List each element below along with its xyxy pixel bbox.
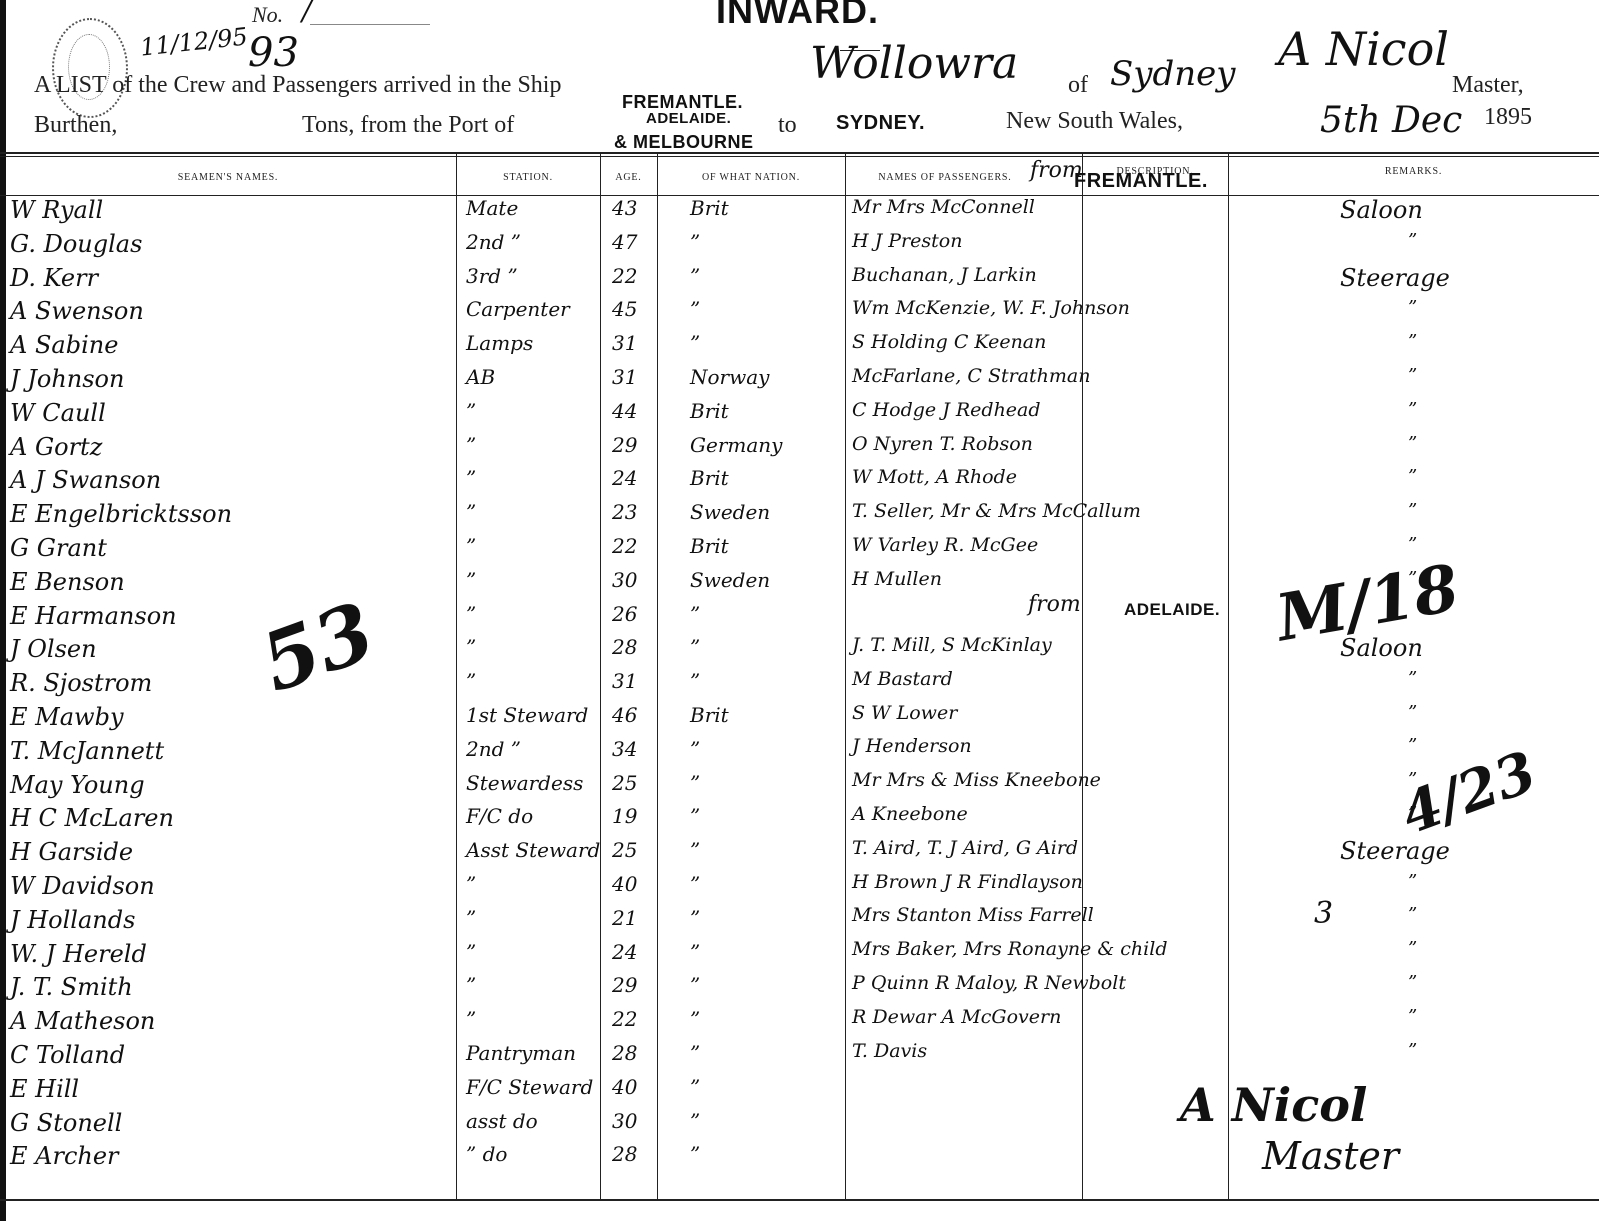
- passenger-names: P Quinn R Maloy, R Newbolt: [852, 972, 1126, 994]
- arrival-date-day: 5th Dec: [1320, 100, 1462, 141]
- passenger-remark: ”: [1408, 534, 1417, 555]
- master-label: Master,: [1452, 72, 1524, 99]
- passenger-row: Mr Mrs McConnellSaloon: [0, 196, 1599, 229]
- column-header-passengers: NAMES OF PASSENGERS.: [845, 172, 1045, 183]
- crew-station: asst do: [466, 1109, 538, 1133]
- folio-mark: 93: [248, 30, 299, 76]
- passenger-row: W Mott, A Rhode”: [0, 466, 1599, 499]
- passenger-names: Mrs Baker, Mrs Ronayne & child: [852, 938, 1168, 960]
- to-label: to: [778, 112, 797, 139]
- column-header-nation: OF WHAT NATION.: [657, 172, 845, 183]
- passenger-names: T. Seller, Mr & Mrs McCallum: [852, 500, 1141, 522]
- note-mark-3: 3: [1314, 896, 1333, 931]
- passenger-row: Wm McKenzie, W. F. Johnson”: [0, 297, 1599, 330]
- passenger-remark: ”: [1408, 1006, 1417, 1027]
- master-signature-title: Master: [1262, 1134, 1399, 1178]
- passenger-names: Mr Mrs McConnell: [852, 196, 1035, 218]
- burthen-label: Burthen,: [34, 112, 117, 139]
- passenger-remark: ”: [1408, 466, 1417, 487]
- ship-name: Wollowra: [810, 38, 1018, 89]
- of-label: of: [1068, 72, 1088, 99]
- passenger-names: McFarlane, C Strathman: [852, 365, 1090, 387]
- column-header-station: STATION.: [456, 172, 600, 183]
- passenger-row: R Dewar A McGovern”: [0, 1006, 1599, 1039]
- tons-from-port-label: Tons, from the Port of: [302, 112, 514, 139]
- crew-station: F/C Steward: [466, 1075, 593, 1099]
- column-header-remarks: REMARKS.: [1228, 166, 1599, 177]
- passenger-remark: Saloon: [1340, 196, 1423, 224]
- master-signature: A Nicol: [1180, 1078, 1367, 1132]
- crew-station: ”: [466, 602, 476, 626]
- section-port-fremantle: FREMANTLE.: [1074, 170, 1208, 193]
- colony-label: New South Wales,: [1006, 108, 1183, 135]
- table-top-rule: [0, 152, 1599, 154]
- crew-nation: ”: [690, 1109, 700, 1133]
- list-heading-text: A LIST of the Crew and Passengers arrive…: [34, 72, 561, 99]
- passenger-row: T. Aird, T. J Aird, G AirdSteerage: [0, 837, 1599, 870]
- passenger-names: A Kneebone: [852, 803, 968, 825]
- crew-nation: ”: [690, 602, 700, 626]
- crew-nation: ”: [690, 1142, 700, 1166]
- passenger-row: Mrs Baker, Mrs Ronayne & child”: [0, 938, 1599, 971]
- passenger-names: H J Preston: [852, 230, 962, 252]
- passenger-names: Mrs Stanton Miss Farrell: [852, 904, 1094, 926]
- column-header-seamen-names: SEAMEN'S NAMES.: [0, 172, 456, 183]
- passenger-names: W Varley R. McGee: [852, 534, 1038, 556]
- crew-name: E Archer: [10, 1142, 119, 1170]
- passenger-remark: Steerage: [1340, 837, 1450, 865]
- passenger-row: H J Preston”: [0, 230, 1599, 263]
- port-to: SYDNEY.: [836, 112, 925, 135]
- passenger-names: O Nyren T. Robson: [852, 433, 1033, 455]
- passenger-remark: ”: [1408, 331, 1417, 352]
- passenger-row: S Holding C Keenan”: [0, 331, 1599, 364]
- passenger-names: H Brown J R Findlayson: [852, 871, 1083, 893]
- crew-name: E Hill: [10, 1075, 79, 1103]
- passenger-names: S W Lower: [852, 702, 957, 724]
- passenger-row: O Nyren T. Robson”: [0, 433, 1599, 466]
- passenger-names: Wm McKenzie, W. F. Johnson: [852, 297, 1130, 319]
- passenger-remark: ”: [1408, 230, 1417, 251]
- arrival-year: 1895: [1484, 104, 1532, 131]
- passenger-names: Mr Mrs & Miss Kneebone: [852, 769, 1101, 791]
- passenger-remark: ”: [1408, 668, 1417, 689]
- table-top-rule-2: [0, 156, 1599, 157]
- port-from-melbourne: & MELBOURNE: [614, 132, 754, 153]
- crew-nation: ”: [690, 1075, 700, 1099]
- passenger-row: S W Lower”: [0, 702, 1599, 735]
- passenger-row: P Quinn R Maloy, R Newbolt”: [0, 972, 1599, 1005]
- passenger-row: H Brown J R Findlayson”: [0, 871, 1599, 904]
- passenger-remark: ”: [1408, 1040, 1417, 1061]
- number-underline: [310, 24, 430, 25]
- passenger-row: T. Davis”: [0, 1040, 1599, 1073]
- passenger-remark: ”: [1408, 433, 1417, 454]
- passenger-row: Mr Mrs & Miss Kneebone”: [0, 769, 1599, 802]
- passenger-remark: ”: [1408, 972, 1417, 993]
- column-header-age: AGE.: [600, 172, 657, 183]
- passenger-remark: ”: [1408, 399, 1417, 420]
- number-label: No.: [252, 2, 283, 28]
- passenger-remark: ”: [1408, 735, 1417, 756]
- crew-age: 26: [612, 602, 637, 626]
- passenger-remark: ”: [1408, 702, 1417, 723]
- passenger-names: Buchanan, J Larkin: [852, 264, 1037, 286]
- passenger-row: A Kneebone”: [0, 803, 1599, 836]
- passenger-row: T. Seller, Mr & Mrs McCallum”: [0, 500, 1599, 533]
- passenger-row: McFarlane, C Strathman”: [0, 365, 1599, 398]
- passenger-names: S Holding C Keenan: [852, 331, 1046, 353]
- passenger-names: H Mullen: [852, 568, 942, 590]
- crew-station: ” do: [466, 1142, 507, 1166]
- passenger-names: M Bastard: [852, 668, 953, 690]
- passenger-row: J Henderson”: [0, 735, 1599, 768]
- passenger-row: Mrs Stanton Miss Farrell”: [0, 904, 1599, 937]
- passenger-remark: ”: [1408, 938, 1417, 959]
- crew-age: 28: [612, 1142, 637, 1166]
- port-from-adelaide: ADELAIDE.: [646, 110, 731, 127]
- crew-name: G Stonell: [10, 1109, 122, 1137]
- passenger-remark: ”: [1408, 297, 1417, 318]
- passenger-row: Buchanan, J LarkinSteerage: [0, 264, 1599, 297]
- passenger-row: C Hodge J Redhead”: [0, 399, 1599, 432]
- table-bottom-rule: [0, 1199, 1599, 1201]
- passenger-names: C Hodge J Redhead: [852, 399, 1041, 421]
- customs-seal-stamp: [52, 18, 128, 118]
- passenger-names: J. T. Mill, S McKinlay: [852, 634, 1052, 656]
- crew-name: E Harmanson: [10, 602, 177, 630]
- passenger-remark: ”: [1408, 500, 1417, 521]
- passenger-row: M Bastard”: [0, 668, 1599, 701]
- master-name: A Nicol: [1278, 22, 1449, 76]
- crew-age: 40: [612, 1075, 637, 1099]
- passenger-remark: ”: [1408, 365, 1417, 386]
- received-date-note: 11/12/95: [139, 22, 249, 61]
- passenger-names: R Dewar A McGovern: [852, 1006, 1061, 1028]
- passenger-names: J Henderson: [852, 735, 972, 757]
- passenger-row: W Varley R. McGee”: [0, 534, 1599, 567]
- passenger-remark: Steerage: [1340, 264, 1450, 292]
- passenger-remark: ”: [1408, 904, 1417, 925]
- page-title: INWARD.: [716, 0, 879, 32]
- passenger-names: W Mott, A Rhode: [852, 466, 1017, 488]
- passenger-names: T. Davis: [852, 1040, 927, 1062]
- passenger-names: T. Aird, T. J Aird, G Aird: [852, 837, 1078, 859]
- passenger-remark: ”: [1408, 871, 1417, 892]
- number-value: /: [302, 0, 311, 27]
- home-port: Sydney: [1110, 54, 1236, 94]
- crew-age: 30: [612, 1109, 637, 1133]
